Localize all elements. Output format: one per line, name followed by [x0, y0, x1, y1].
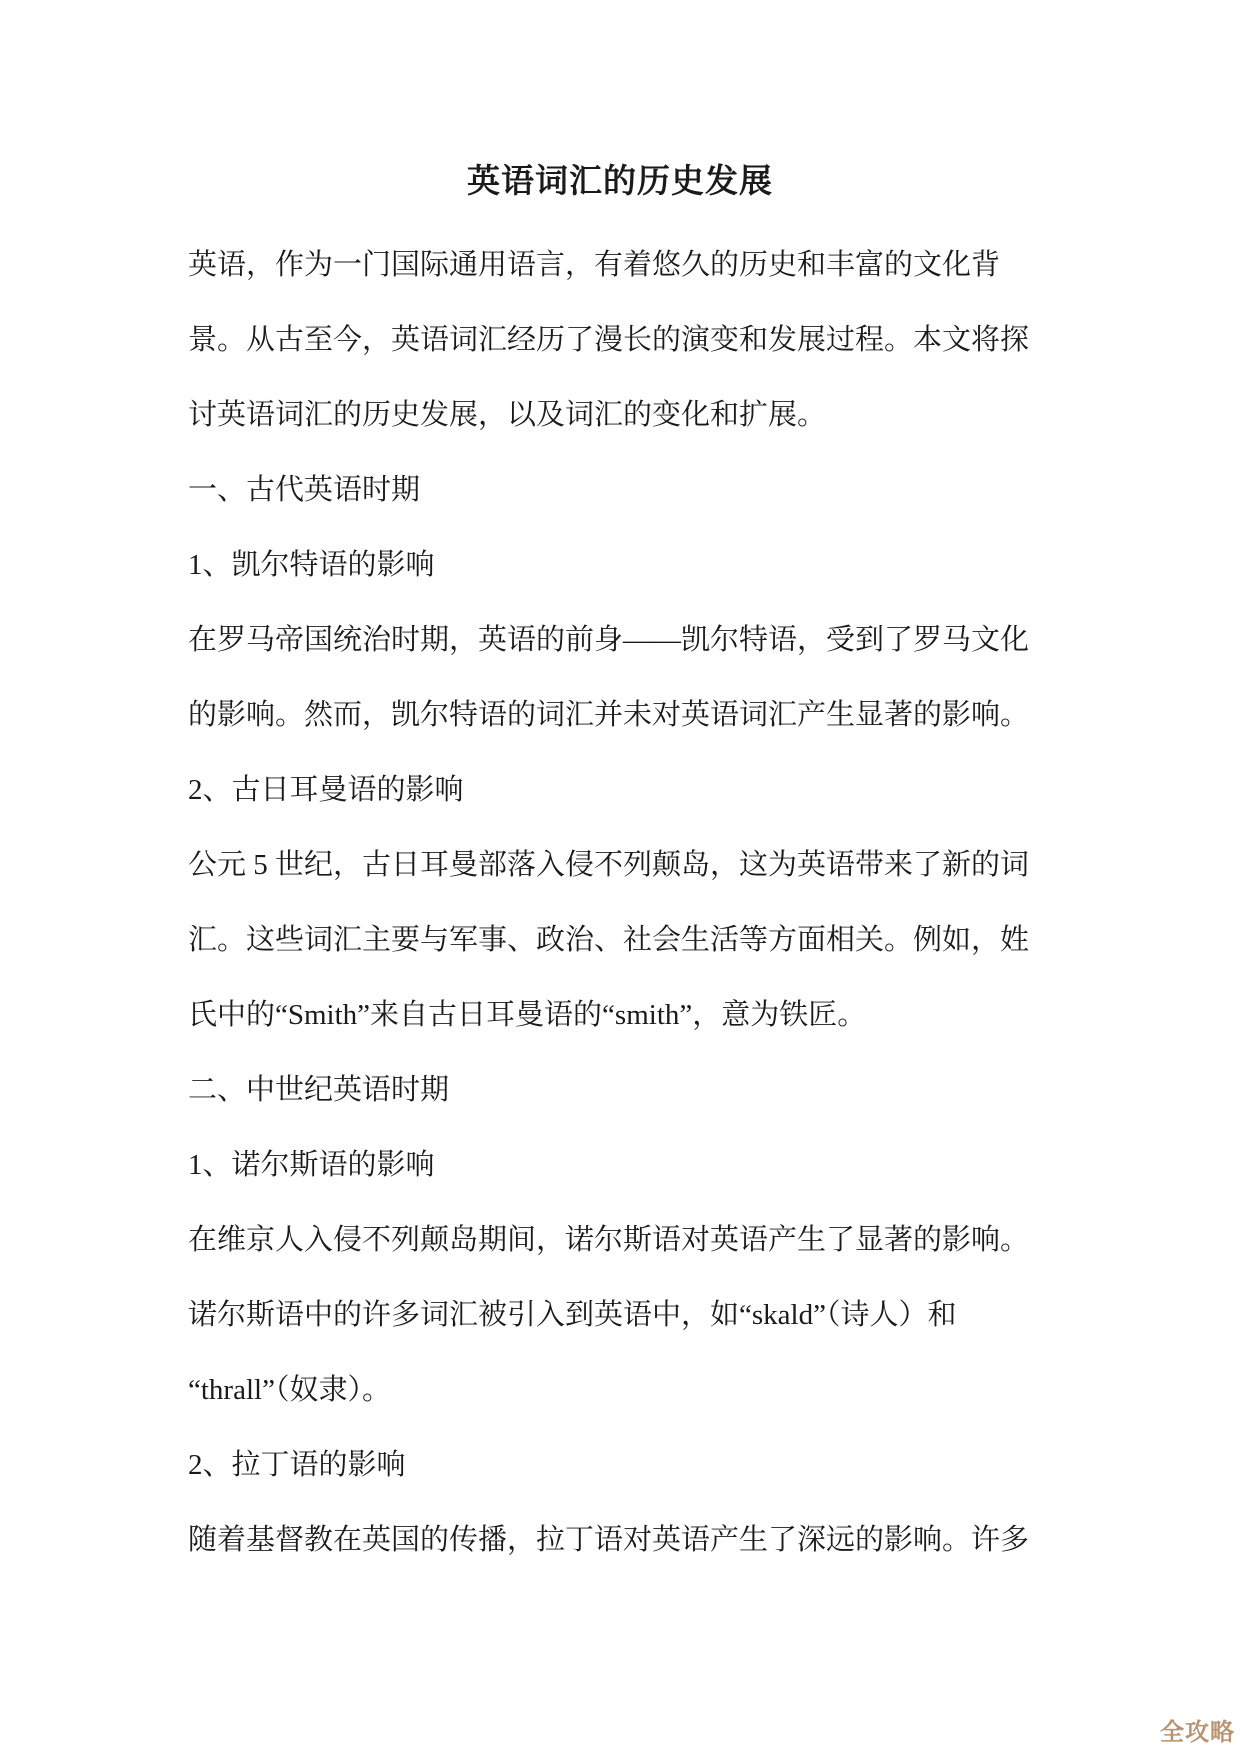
text-line: 公元 5 世纪，古日耳曼部落入侵不列颠岛，这为英语带来了新的词	[188, 828, 1100, 903]
subsection-heading: 1、诺尔斯语的影响	[188, 1128, 1100, 1203]
text-line: 诺尔斯语中的许多词汇被引入到英语中，如“skald”（诗人）和	[188, 1278, 1100, 1353]
text-line: 汇。这些词汇主要与军事、政治、社会生活等方面相关。例如，姓	[188, 903, 1100, 978]
text-line: 在维京人入侵不列颠岛期间，诺尔斯语对英语产生了显著的影响。	[188, 1203, 1100, 1278]
text-line: “thrall”（奴隶）。	[188, 1353, 1100, 1428]
document-body: 英语，作为一门国际通用语言，有着悠久的历史和丰富的文化背 景。从古至今，英语词汇…	[188, 228, 1100, 1578]
text-line: 英语，作为一门国际通用语言，有着悠久的历史和丰富的文化背	[188, 228, 1100, 303]
text-line: 的影响。然而，凯尔特语的词汇并未对英语词汇产生显著的影响。	[188, 678, 1100, 753]
subsection-heading: 2、古日耳曼语的影响	[188, 753, 1100, 828]
document-page: 英语词汇的历史发展 英语，作为一门国际通用语言，有着悠久的历史和丰富的文化背 景…	[0, 0, 1240, 1753]
text-line: 讨英语词汇的历史发展，以及词汇的变化和扩展。	[188, 378, 1100, 453]
subsection-heading: 1、凯尔特语的影响	[188, 528, 1100, 603]
document-title: 英语词汇的历史发展	[0, 160, 1240, 204]
subsection-heading: 2、拉丁语的影响	[188, 1428, 1100, 1503]
text-line: 随着基督教在英国的传播，拉丁语对英语产生了深远的影响。许多	[188, 1503, 1100, 1578]
text-line: 在罗马帝国统治时期，英语的前身——凯尔特语，受到了罗马文化	[188, 603, 1100, 678]
text-line: 氏中的“Smith”来自古日耳曼语的“smith”，意为铁匠。	[188, 978, 1100, 1053]
text-line: 景。从古至今，英语词汇经历了漫长的演变和发展过程。本文将探	[188, 303, 1100, 378]
watermark: 全攻略	[1160, 1721, 1235, 1745]
section-heading: 二、中世纪英语时期	[188, 1053, 1100, 1128]
section-heading: 一、古代英语时期	[188, 453, 1100, 528]
